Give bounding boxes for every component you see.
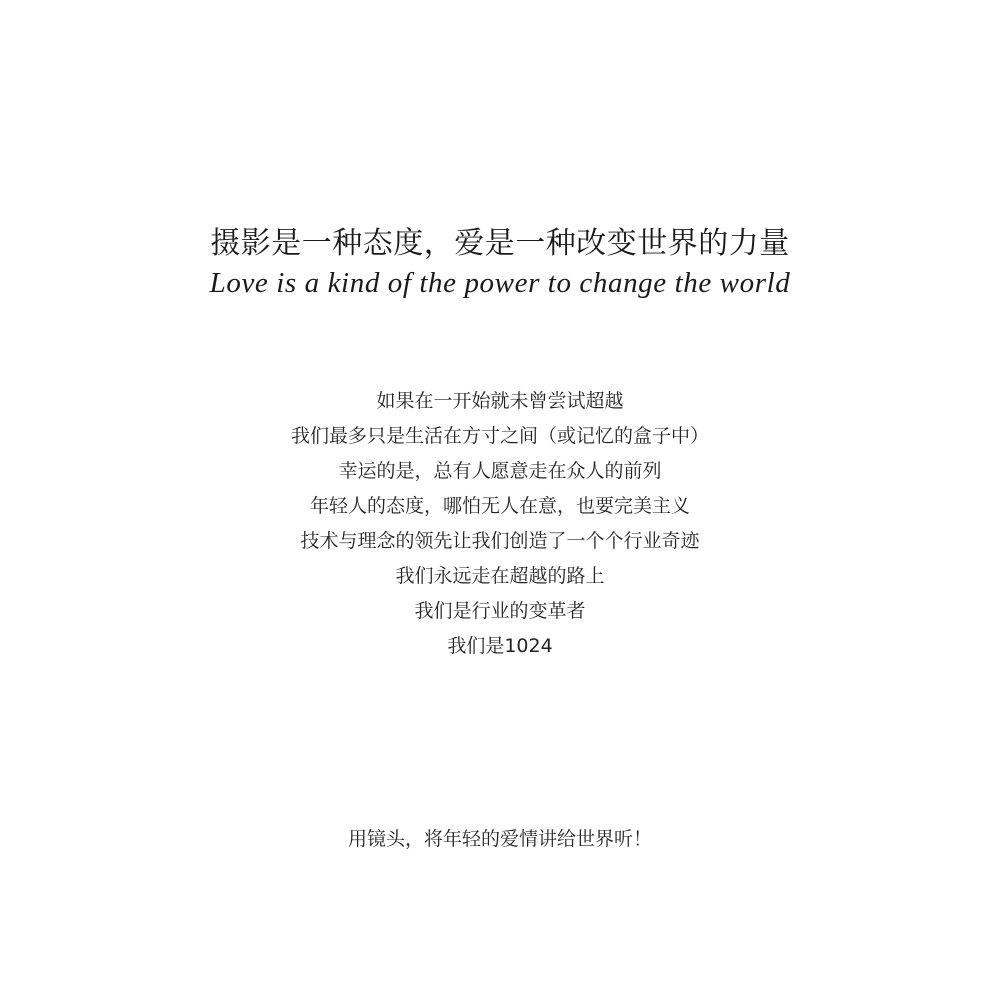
manifesto-line: 我们最多只是生活在方寸之间（或记忆的盒子中） [0, 419, 1000, 454]
headline-english-script: Love is a kind of the power to change th… [0, 265, 1000, 301]
manifesto-line: 我们是1024 [0, 629, 1000, 664]
footer-tagline: 用镜头，将年轻的爱情讲给世界听！ [0, 823, 1000, 855]
manifesto-line: 我们永远走在超越的路上 [0, 559, 1000, 594]
manifesto-line: 幸运的是，总有人愿意走在众人的前列 [0, 454, 1000, 489]
manifesto-line: 我们是行业的变革者 [0, 594, 1000, 629]
headline-chinese: 摄影是一种态度，爱是一种改变世界的力量 [0, 224, 1000, 264]
manifesto-line: 如果在一开始就未曾尝试超越 [0, 384, 1000, 419]
manifesto-line: 年轻人的态度，哪怕无人在意，也要完美主义 [0, 489, 1000, 524]
manifesto-text: 如果在一开始就未曾尝试超越 我们最多只是生活在方寸之间（或记忆的盒子中） 幸运的… [0, 384, 1000, 664]
manifesto-line: 技术与理念的领先让我们创造了一个个行业奇迹 [0, 524, 1000, 559]
